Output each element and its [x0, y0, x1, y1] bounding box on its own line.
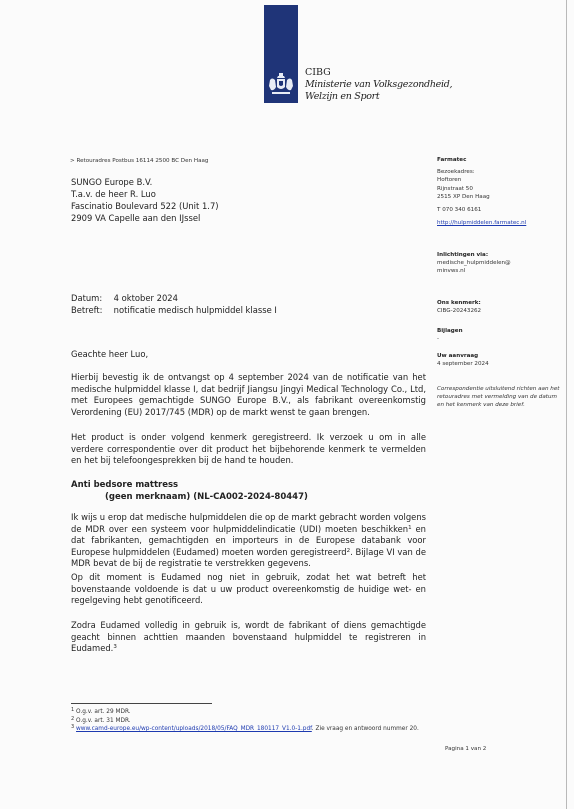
page-edge-divider: [566, 0, 567, 809]
our-reference-label: Ons kenmerk:: [437, 299, 565, 307]
return-address: > Retouradres Postbus 16114 2500 BC Den …: [70, 158, 208, 164]
paragraph-reference: Het product is onder volgend kenmerk ger…: [71, 432, 426, 467]
visit-line-2: Rijnstraat 50: [437, 185, 565, 193]
paragraph-text: Zodra Eudamed volledig in gebruik is, wo…: [71, 620, 426, 655]
addressee-city: 2909 VA Capelle aan den IJssel: [71, 212, 219, 224]
attachments-value: -: [437, 335, 565, 343]
phone-number: T 070 340 6161: [437, 206, 565, 214]
paragraph-text: Hierbij bevestig ik de ontvangst op 4 se…: [71, 372, 426, 418]
product-name: Anti bedsore mattress: [71, 480, 178, 490]
addressee-block: SUNGO Europe B.V. T.a.v. de heer R. Luo …: [71, 176, 219, 224]
footnotes: 1 O.g.v. art. 29 MDR. 2 O.g.v. art. 31 M…: [71, 708, 431, 734]
ministry-line-2: Welzijn en Sport: [305, 91, 452, 103]
text-span: Zodra Eudamed volledig in gebruik is, wo…: [71, 620, 426, 653]
paragraph-text: Op dit moment is Eudamed nog niet in geb…: [71, 572, 426, 607]
footnote-text: O.g.v. art. 29 MDR.: [76, 709, 131, 715]
date-value: 4 oktober 2024: [114, 293, 178, 303]
inquiries-email-line-2: minvws.nl: [437, 267, 565, 275]
correspondence-note: Correspondentie uitsluitend richten aan …: [437, 385, 565, 410]
product-reference: (geen merknaam) (NL-CA002-2024-80447): [71, 491, 426, 503]
inquiries-email-line-1: medische_hulpmiddelen@: [437, 259, 565, 267]
subject-label: Betreft:: [71, 304, 111, 316]
footnote-text: . Zie vraag en antwoord nummer 20.: [312, 726, 419, 732]
footnote-divider: [71, 703, 212, 704]
our-reference-value: CIBG-20243262: [437, 307, 565, 315]
greeting: Geachte heer Luo,: [71, 349, 426, 361]
footnote-number: 3: [71, 724, 74, 730]
footnote-number: 1: [71, 707, 74, 713]
paragraph-confirmation: Hierbij bevestig ik de ontvangst op 4 se…: [71, 372, 426, 418]
footnote-1: 1 O.g.v. art. 29 MDR.: [71, 708, 431, 717]
footnote-2: 2 O.g.v. art. 31 MDR.: [71, 717, 431, 726]
sidebar-contact: Farmatec Bezoekadres: Hoftoren Rijnstraa…: [437, 156, 565, 227]
sidebar-attachments: Bijlagen -: [437, 327, 565, 343]
letter-meta: Datum: 4 oktober 2024 Betreft: notificat…: [71, 292, 277, 316]
sidebar-your-request: Uw aanvraag 4 september 2024: [437, 352, 565, 368]
addressee-street: Fascinatio Boulevard 522 (Unit 1.7): [71, 200, 219, 212]
visit-line-1: Hoftoren: [437, 176, 565, 184]
ministry-line-1: Ministerie van Volksgezondheid,: [305, 79, 452, 91]
paragraph-eudamed-future: Zodra Eudamed volledig in gebruik is, wo…: [71, 620, 426, 655]
greeting-text: Geachte heer Luo,: [71, 349, 426, 361]
org-name: CIBG: [305, 67, 452, 79]
footnote-3: 3 www.camd-europe.eu/wp-content/uploads/…: [71, 725, 431, 734]
sidebar-inquiries: Inlichtingen via: medische_hulpmiddelen@…: [437, 251, 565, 276]
page-number: Pagina 1 van 2: [445, 746, 486, 752]
department-name: Farmatec: [437, 156, 565, 164]
addressee-company: SUNGO Europe B.V.: [71, 176, 219, 188]
your-request-label: Uw aanvraag: [437, 352, 565, 360]
visit-label: Bezoekadres:: [437, 168, 565, 176]
website-link[interactable]: http://hulpmiddelen.farmatec.nl: [437, 219, 565, 227]
sidebar-our-reference: Ons kenmerk: CIBG-20243262: [437, 299, 565, 315]
visit-line-3: 2515 XP Den Haag: [437, 193, 565, 201]
paragraph-udi: Ik wijs u erop dat medische hulpmiddelen…: [71, 512, 426, 570]
subject-value: notificatie medisch hulpmiddel klasse I: [114, 305, 277, 315]
footnote-ref-3[interactable]: 3: [113, 644, 117, 650]
footnote-text: O.g.v. art. 31 MDR.: [76, 718, 131, 724]
text-span: Ik wijs u erop dat medische hulpmiddelen…: [71, 512, 426, 534]
attachments-label: Bijlagen: [437, 327, 565, 335]
product-heading: Anti bedsore mattress (geen merknaam) (N…: [71, 479, 426, 503]
footnote-number: 2: [71, 716, 74, 722]
footnote-link[interactable]: www.camd-europe.eu/wp-content/uploads/20…: [76, 726, 312, 732]
date-label: Datum:: [71, 292, 111, 304]
paragraph-text: Ik wijs u erop dat medische hulpmiddelen…: [71, 512, 426, 570]
addressee-attention: T.a.v. de heer R. Luo: [71, 188, 219, 200]
paragraph-text: Het product is onder volgend kenmerk ger…: [71, 432, 426, 467]
your-request-date: 4 september 2024: [437, 360, 565, 368]
inquiries-label: Inlichtingen via:: [437, 251, 565, 259]
royal-coat-of-arms-icon: [266, 70, 296, 100]
paragraph-eudamed-status: Op dit moment is Eudamed nog niet in geb…: [71, 572, 426, 607]
ministry-wordmark: CIBG Ministerie van Volksgezondheid, Wel…: [305, 67, 452, 103]
